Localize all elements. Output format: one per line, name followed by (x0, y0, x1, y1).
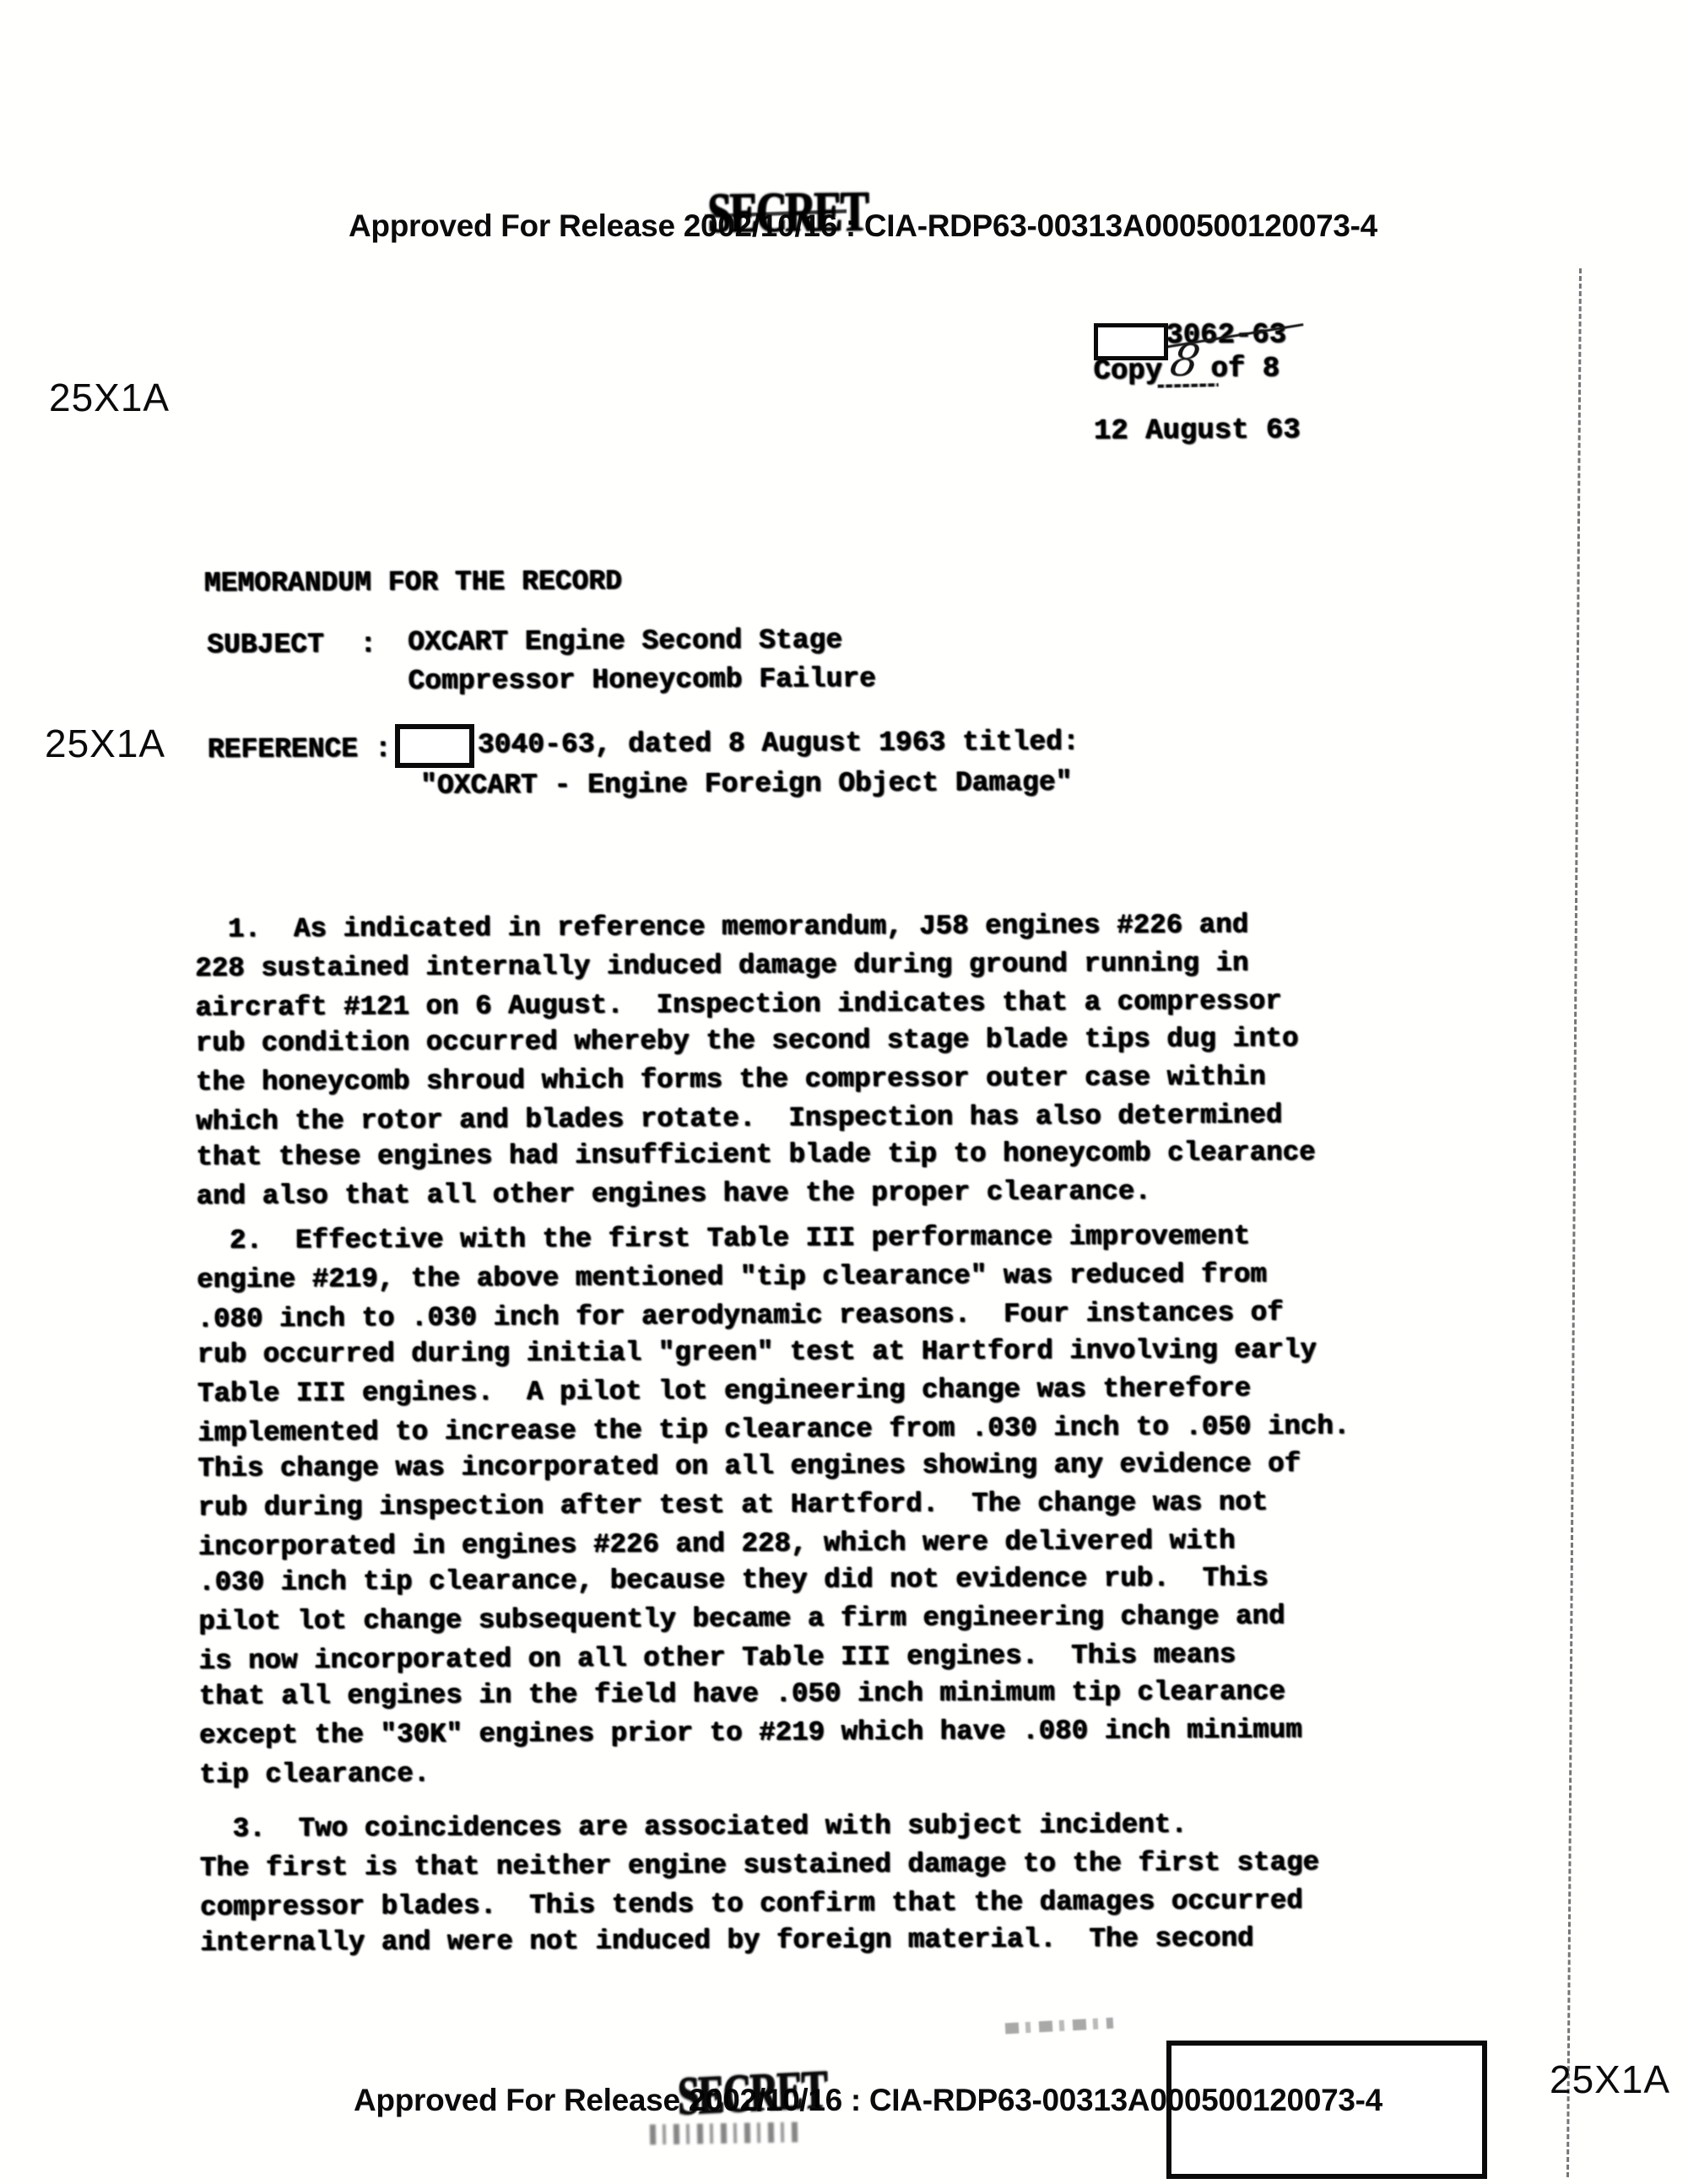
body-line: .030 inch tip clearance, because they di… (198, 1559, 1350, 1602)
body-line: 3. Two coincidences are associated with … (200, 1805, 1319, 1848)
scanned-memo-page: Approved For Release 2002/10/16 : CIA-RD… (0, 0, 1688, 2184)
body-line: rub occurred during initial "green" test… (197, 1331, 1350, 1374)
body-line: pilot lot change subsequently became a f… (198, 1597, 1350, 1641)
reference-line-1: 3040-63, dated 8 August 1963 titled: (478, 728, 1079, 760)
body-line: engine #219, the above mentioned "tip cl… (197, 1255, 1349, 1299)
body-line: and also that all other engines have the… (197, 1171, 1316, 1215)
body-paragraph-1: 1. As indicated in reference memorandum,… (195, 905, 1316, 1215)
reference-label: REFERENCE : (208, 735, 392, 764)
subject-line-2: Compressor Honeycomb Failure (408, 665, 876, 695)
footer-release-line: Approved For Release 2002/10/16 : CIA-RD… (354, 2084, 1382, 2116)
document-date: 12 August 63 (1094, 416, 1301, 446)
body-line: 2. Effective with the first Table III pe… (197, 1217, 1349, 1260)
stamp-ink-smudge (650, 2122, 798, 2144)
body-line: 1. As indicated in reference memorandum,… (195, 905, 1314, 949)
body-line: the honeycomb shroud which forms the com… (196, 1057, 1315, 1101)
body-line: tip clearance. (199, 1749, 1351, 1794)
body-line: except the "30K" engines prior to #219 w… (199, 1711, 1351, 1754)
redaction-box-reference-prefix (395, 724, 474, 768)
copy-label: Copy (1094, 357, 1163, 386)
subject-label: SUBJECT (207, 630, 324, 659)
body-line: rub condition occurred whereby the secon… (196, 1019, 1315, 1062)
typed-content-layer: 3062-63 Copy of 8 12 August 63 MEMORANDU… (0, 0, 1688, 2184)
body-line: Table III engines. A pilot lot engineeri… (197, 1369, 1350, 1413)
subject-colon: : (360, 630, 376, 658)
body-line: that all engines in the field have .050 … (199, 1673, 1351, 1716)
body-line: rub during inspection after test at Hart… (198, 1483, 1350, 1527)
copy-number-underline (1158, 383, 1219, 388)
margin-annotation-25x1a-reference: 25X1A (45, 724, 165, 763)
body-line: internally and were not induced by forei… (200, 1919, 1319, 1962)
redaction-box-doc-number-prefix (1094, 323, 1168, 360)
secret-stamp-top: SECRET (707, 183, 867, 242)
body-line: The first is that neither engine sustain… (200, 1843, 1319, 1887)
reference-line-2: "OXCART - Engine Foreign Object Damage" (420, 769, 1072, 800)
body-line: that these engines had insufficient blad… (196, 1133, 1315, 1176)
copy-of-total: of 8 (1211, 354, 1280, 383)
body-paragraph-3: 3. Two coincidences are associated with … (200, 1805, 1320, 1963)
secret-stamp-bottom: SECRET (677, 2062, 827, 2124)
subject-line-1: OXCART Engine Second Stage (408, 626, 842, 657)
memo-title: MEMORANDUM FOR THE RECORD (204, 567, 622, 597)
body-line: This change was incorporated on all engi… (197, 1445, 1350, 1488)
margin-annotation-25x1a-bottom: 25X1A (1550, 2060, 1670, 2099)
margin-annotation-25x1a-top: 25X1A (49, 378, 170, 417)
body-paragraph-2: 2. Effective with the first Table III pe… (197, 1217, 1352, 1792)
body-line: 228 sustained internally induced damage … (195, 943, 1314, 987)
